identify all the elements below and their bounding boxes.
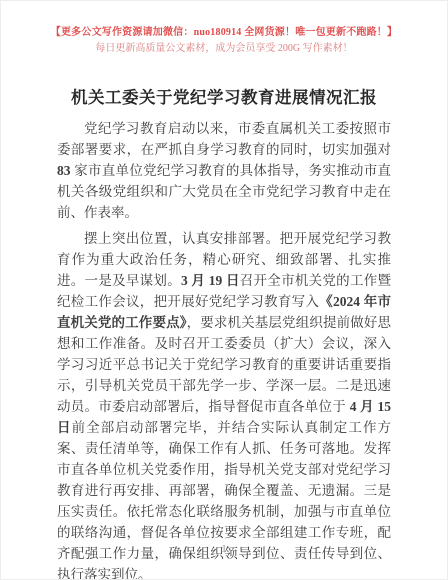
page-number: 1	[1, 544, 447, 555]
promo-banner: 【更多公文写作资源请加微信：nuo180914 全网货源！唯一包更新不跑路！】 …	[1, 1, 447, 55]
paragraph-bold-segment: 3 月 19 日	[181, 273, 240, 288]
promo-banner-line1: 【更多公文写作资源请加微信：nuo180914 全网货源！唯一包更新不跑路！】	[1, 27, 447, 40]
paragraph: 党纪学习教育启动以来，市委直属机关工委按照市委部署要求，在严抓自身学习教育的同时…	[57, 118, 391, 223]
promo-banner-line2: 每日更新高质量公文素材，成为会员享受 200G 写作素材！	[1, 43, 447, 56]
paragraph-segment: 党纪学习教育启动以来，市委直属机关工委按照市委部署要求，在严抓自身学习教育的同时…	[57, 121, 391, 157]
paragraph-segment: 家市直单位党纪学习教育的具体指导，务实推动市直机关各级党组织和广大党员在全市党纪…	[57, 163, 391, 220]
document-page: 【更多公文写作资源请加微信：nuo180914 全网货源！唯一包更新不跑路！】 …	[0, 0, 448, 580]
document-title: 机关工委关于党纪学习教育进展情况汇报	[31, 84, 417, 108]
paragraph: 摆上突出位置，认真安排部署。把开展党纪学习教育作为重大政治任务，精心研究、细致部…	[57, 228, 391, 580]
paragraph-segment: 前全部启动部署完毕，并结合实际认真制定工作方案、责任清单等，确保工作有人抓、任务…	[57, 420, 391, 580]
document-body: 党纪学习教育启动以来，市委直属机关工委按照市委部署要求，在严抓自身学习教育的同时…	[57, 118, 391, 580]
paragraph-bold-segment: 83	[57, 163, 71, 178]
